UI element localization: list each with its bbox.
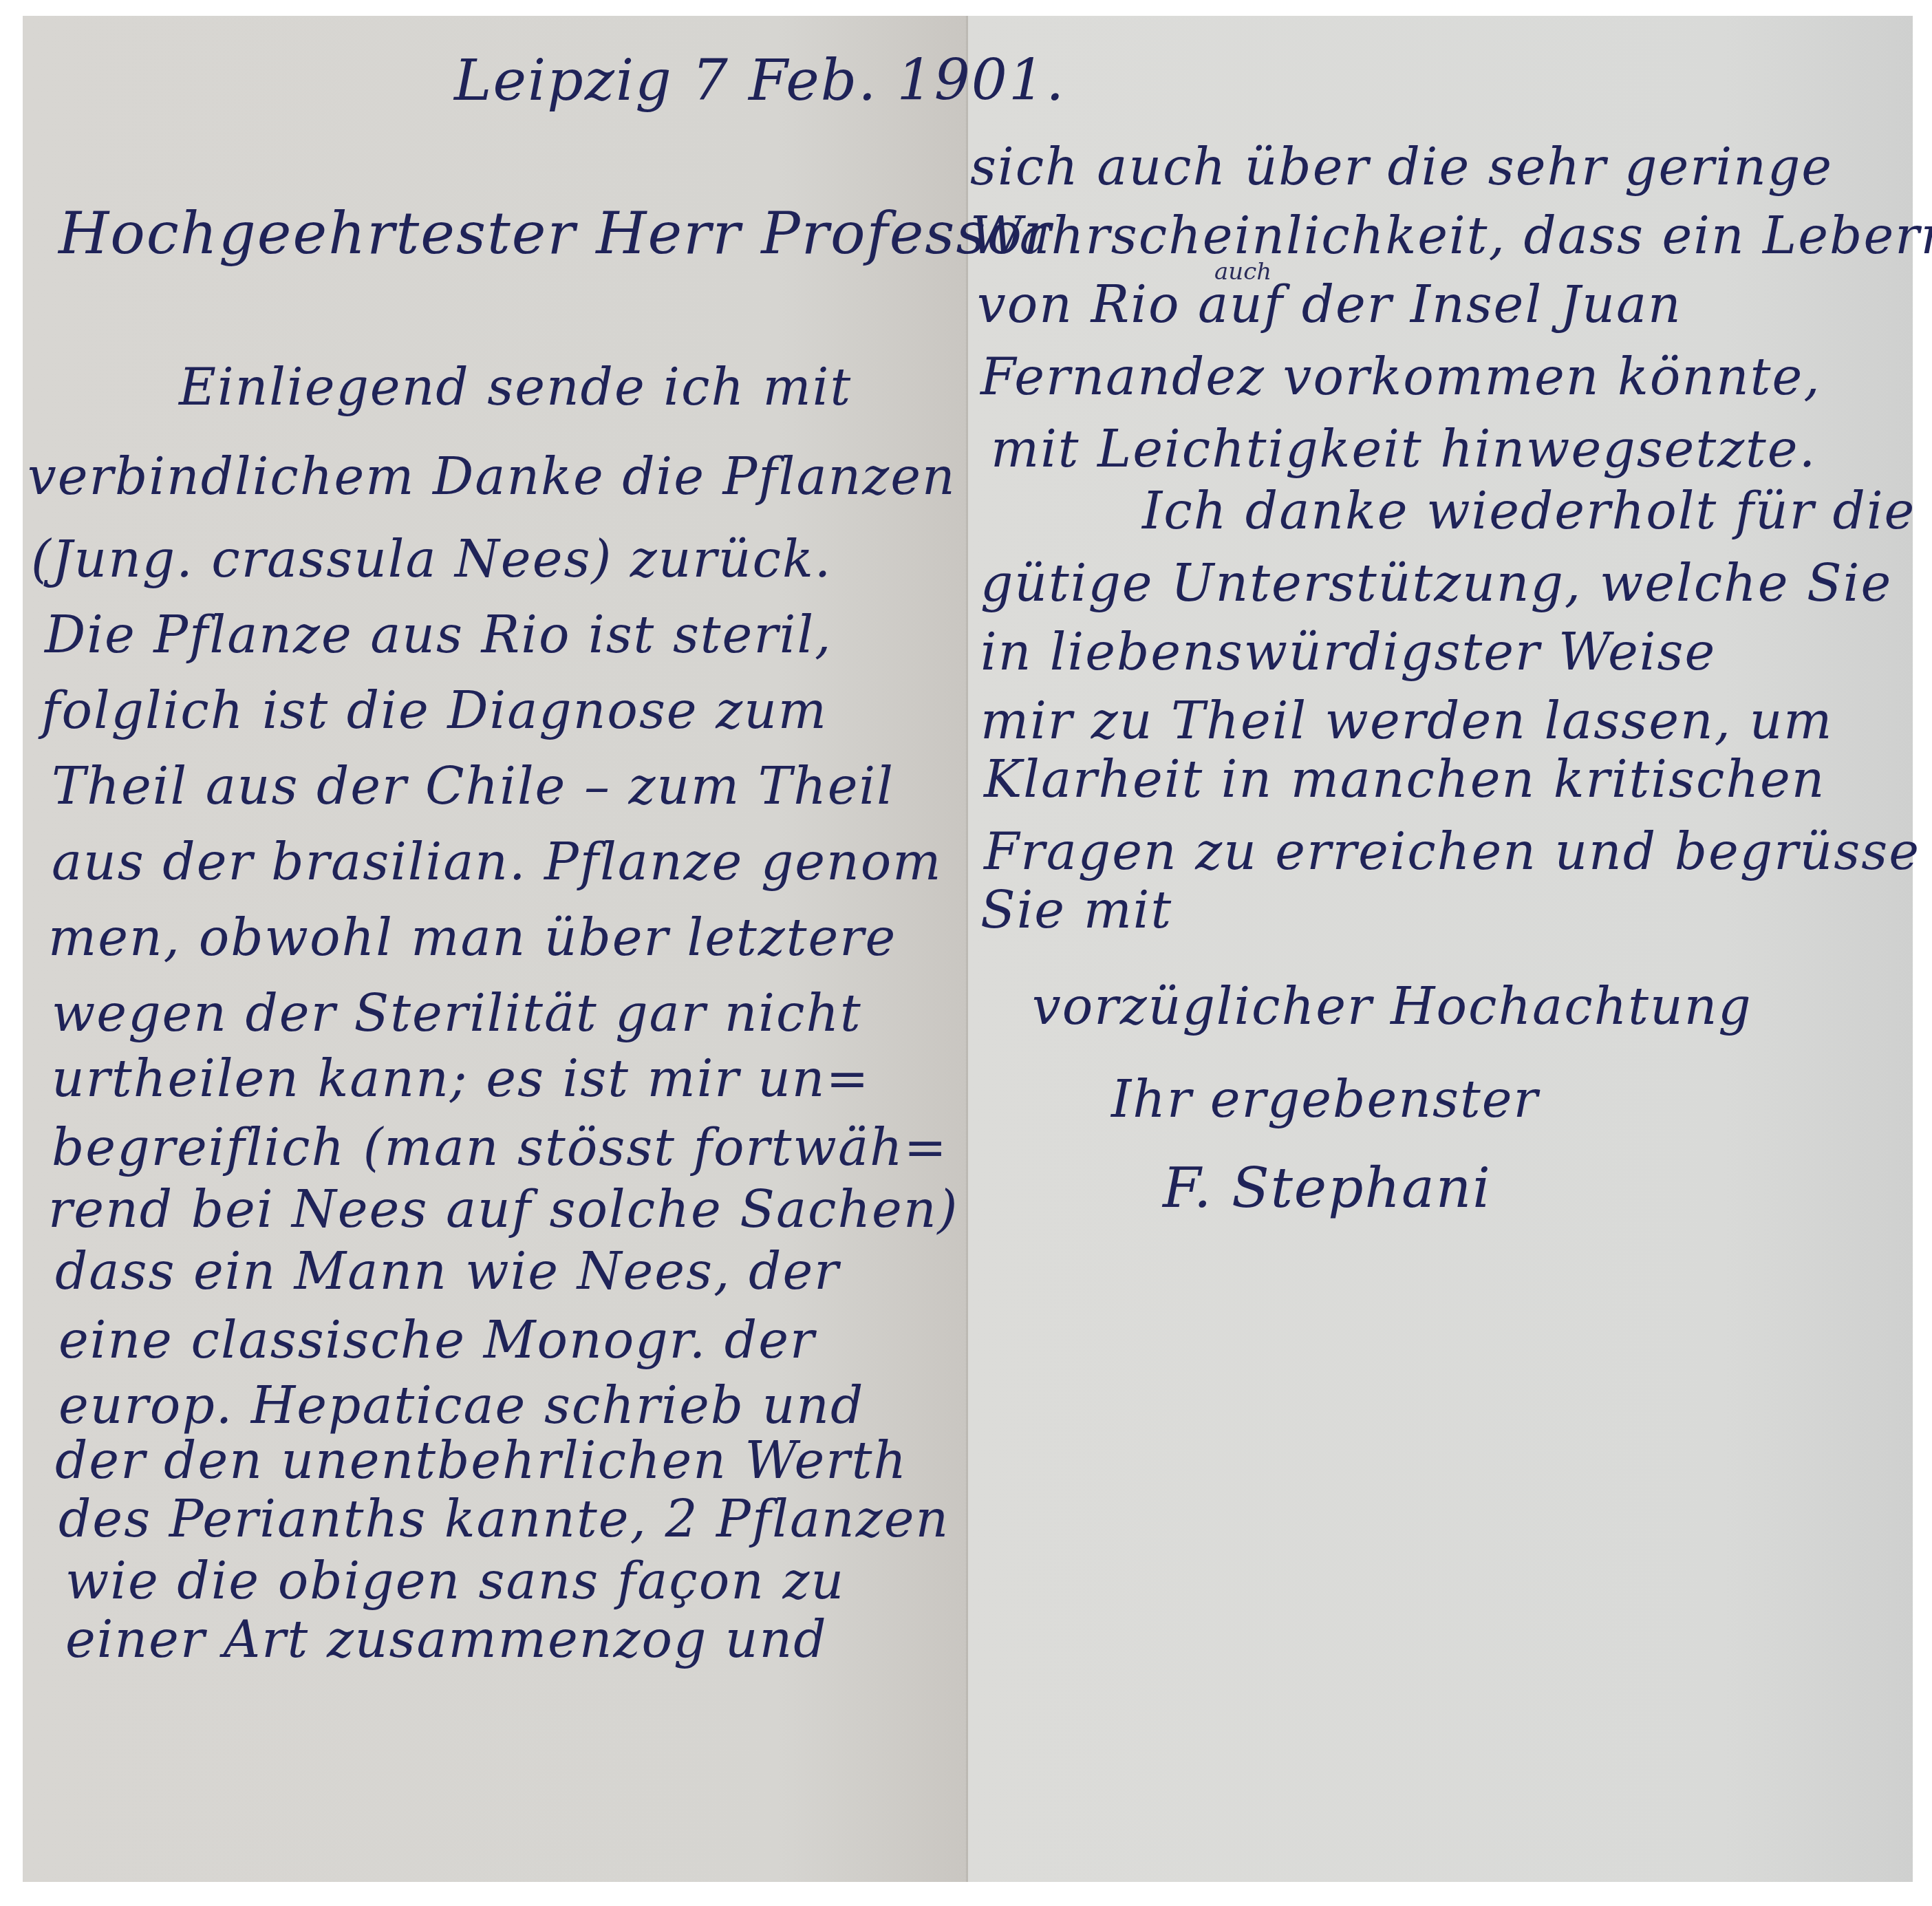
body-line: men, obwohl man über letztere (48, 908, 897, 967)
body-line: der den unentbehrlichen Werth (55, 1431, 908, 1490)
body-line: des Perianths kannte, 2 Pflanzen (58, 1490, 949, 1549)
body-line: aus der brasilian. Pflanze genom (52, 833, 942, 892)
body-line: Fragen zu erreichen und begrüsse (984, 822, 1920, 881)
body-line: Einliegend sende ich mit (179, 358, 852, 417)
body-line: von Rio auf der Insel Juan (977, 275, 1682, 334)
body-line: mit Leichtigkeit hinwegsetzte. (991, 420, 1816, 479)
page-fold (966, 16, 968, 1882)
body-line: wegen der Sterilität gar nicht (52, 984, 862, 1043)
body-line: Ich danke wiederholt für die (1142, 482, 1915, 541)
closing: vorzüglicher Hochachtung (1032, 977, 1752, 1036)
body-line: einer Art zusammenzog und (65, 1610, 828, 1669)
body-line: sich auch über die sehr geringe (970, 138, 1833, 197)
body-line: Sie mit (980, 881, 1172, 940)
body-line: in liebenswürdigster Weise (980, 623, 1716, 682)
body-line: europ. Hepaticae schrieb und (58, 1376, 864, 1435)
salutation: Hochgeehrtester Herr Professor (58, 200, 1052, 267)
place-date: Leipzig 7 Feb. 1901. (454, 48, 1065, 114)
body-line: folglich ist die Diagnose zum (41, 681, 828, 740)
body-line: verbindlichem Danke die Pflanzen (28, 447, 956, 506)
body-line: Die Pflanze aus Rio ist steril, (45, 606, 833, 665)
body-line: mir zu Theil werden lassen, um (980, 692, 1833, 751)
body-line: wie die obigen sans façon zu (65, 1552, 845, 1611)
body-line: Fernandez vorkommen könnte, (980, 347, 1821, 407)
body-line: (Jung. crassula Nees) zurück. (31, 530, 832, 589)
body-line: dass ein Mann wie Nees, der (55, 1242, 840, 1301)
signature: F. Stephani (1163, 1156, 1492, 1220)
body-line: eine classische Monogr. der (58, 1311, 815, 1370)
body-line: Wahrscheinlichkeit, dass ein Lebermoos (970, 206, 1932, 266)
body-line: gütige Unterstützung, welche Sie (980, 554, 1892, 613)
valediction: Ihr ergebenster (1111, 1070, 1539, 1129)
body-line: Theil aus der Chile – zum Theil (52, 757, 894, 816)
body-line: begreiflich (man stösst fortwäh= (52, 1118, 948, 1177)
body-line: rend bei Nees auf solche Sachen) (48, 1180, 958, 1239)
body-line: urtheilen kann; es ist mir un= (52, 1049, 870, 1109)
body-line: Klarheit in manchen kritischen (984, 750, 1826, 809)
